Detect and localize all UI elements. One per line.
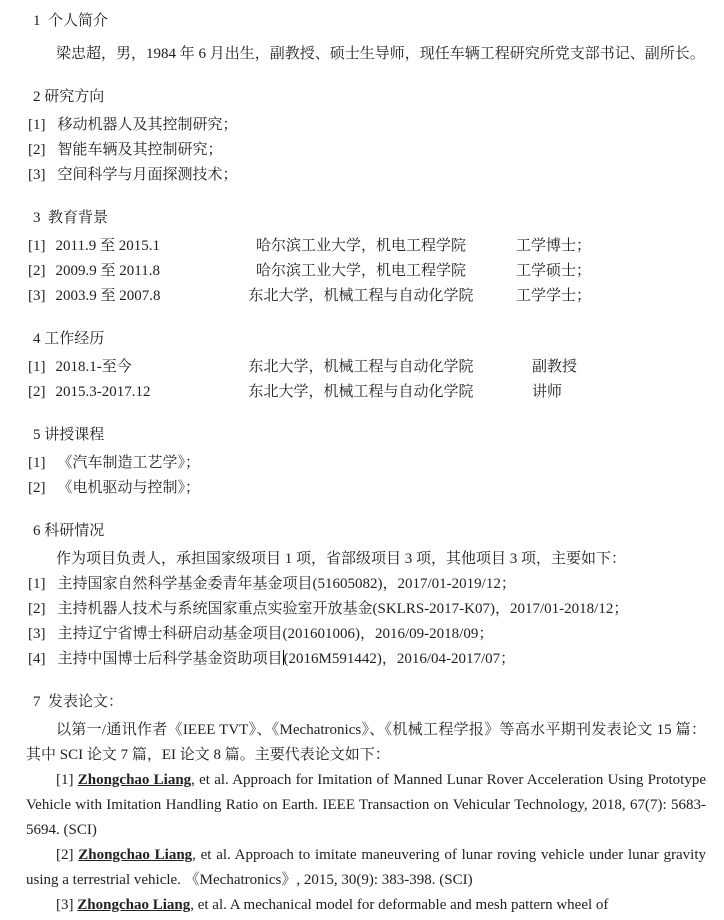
education-institution: 哈尔滨工业大学，机电工程学院 bbox=[206, 259, 516, 284]
project-item: [2] 主持机器人技术与系统国家重点实验室开放基金(SKLRS-2017-K07… bbox=[26, 597, 706, 622]
item-text: 主持机器人技术与系统国家重点实验室开放基金(SKLRS-2017-K07)，20… bbox=[58, 597, 629, 622]
paper-author: Zhongchao Liang bbox=[77, 897, 190, 913]
paper-number: [1] bbox=[56, 772, 78, 788]
education-degree: 工学博士； bbox=[516, 234, 706, 259]
education-row: [1] 2011.9 至 2015.1 哈尔滨工业大学，机电工程学院 工学博士； bbox=[26, 234, 706, 259]
item-text-after-cursor: (2016M591442)，2016/04-2017/07； bbox=[284, 651, 516, 667]
section-research-projects: 6 科研情况 作为项目负责人，承担国家级项目 1 项，省部级项目 3 项，其他项… bbox=[26, 519, 706, 672]
section-papers-heading: 7 发表论文： bbox=[26, 690, 706, 715]
section-education-heading: 3 教育背景 bbox=[26, 206, 706, 231]
item-number: [2] bbox=[28, 138, 46, 163]
education-period: [1] 2011.9 至 2015.1 bbox=[28, 234, 206, 259]
work-period: [2] 2015.3-2017.12 bbox=[28, 380, 206, 405]
project-item: [1] 主持国家自然科学基金委青年基金项目(51605082)，2017/01-… bbox=[26, 572, 706, 597]
paper-author: Zhongchao Liang bbox=[78, 772, 191, 788]
education-degree: 工学学士； bbox=[516, 284, 706, 309]
research-direction-item: [3] 空间科学与月面探测技术； bbox=[26, 163, 706, 188]
paper-author: Zhongchao Liang bbox=[78, 847, 192, 863]
section-profile-heading: 1 个人简介 bbox=[26, 9, 706, 34]
paper-entry: [3] Zhongchao Liang, et al. A mechanical… bbox=[26, 893, 706, 918]
paper-entry: [2] Zhongchao Liang, et al. Approach to … bbox=[26, 843, 706, 893]
paper-number: [2] bbox=[56, 847, 78, 863]
research-direction-item: [2] 智能车辆及其控制研究； bbox=[26, 138, 706, 163]
period-text: 2003.9 至 2007.8 bbox=[56, 284, 161, 309]
research-projects-intro: 作为项目负责人，承担国家级项目 1 项，省部级项目 3 项，其他项目 3 项，主… bbox=[26, 547, 706, 572]
section-education: 3 教育背景 [1] 2011.9 至 2015.1 哈尔滨工业大学，机电工程学… bbox=[26, 206, 706, 309]
education-period: [3] 2003.9 至 2007.8 bbox=[28, 284, 206, 309]
item-number: [2] bbox=[28, 597, 46, 622]
section-research-directions-heading: 2 研究方向 bbox=[26, 85, 706, 110]
item-text: 主持辽宁省博士科研启动基金项目(201601006)，2016/09-2018/… bbox=[58, 622, 494, 647]
item-number: [3] bbox=[28, 163, 46, 188]
paper-number: [3] bbox=[56, 897, 77, 913]
section-work: 4 工作经历 [1] 2018.1-至今 东北大学，机械工程与自动化学院 副教授… bbox=[26, 327, 706, 405]
education-institution: 东北大学，机械工程与自动化学院 bbox=[206, 284, 516, 309]
item-text: 《电机驱动与控制》； bbox=[58, 476, 201, 501]
item-number: [1] bbox=[28, 355, 46, 380]
papers-intro: 以第一/通讯作者《IEEE TVT》、《Mechatronics》、《机械工程学… bbox=[26, 718, 706, 768]
education-institution: 哈尔滨工业大学，机电工程学院 bbox=[206, 234, 516, 259]
education-degree: 工学硕士； bbox=[516, 259, 706, 284]
education-period: [2] 2009.9 至 2011.8 bbox=[28, 259, 206, 284]
item-text-before-cursor: 主持中国博士后科学基金资助项目 bbox=[58, 651, 283, 667]
section-work-heading: 4 工作经历 bbox=[26, 327, 706, 352]
item-text: 主持国家自然科学基金委青年基金项目(51605082)，2017/01-2019… bbox=[58, 572, 516, 597]
document: 1 个人简介 梁忠超，男，1984 年 6 月出生，副教授、硕士生导师，现任车辆… bbox=[0, 0, 724, 918]
item-text: 主持中国博士后科学基金资助项目(2016M591442)，2016/04-201… bbox=[58, 647, 516, 672]
period-text: 2018.1-至今 bbox=[56, 355, 132, 380]
item-number: [3] bbox=[28, 622, 46, 647]
section-research-projects-heading: 6 科研情况 bbox=[26, 519, 706, 544]
item-number: [3] bbox=[28, 284, 46, 309]
course-item: [2] 《电机驱动与控制》； bbox=[26, 476, 706, 501]
item-text: 《汽车制造工艺学》； bbox=[58, 451, 201, 476]
work-institution: 东北大学，机械工程与自动化学院 bbox=[206, 355, 516, 380]
item-text: 智能车辆及其控制研究； bbox=[58, 138, 223, 163]
item-text: 空间科学与月面探测技术； bbox=[58, 163, 238, 188]
item-number: [1] bbox=[28, 113, 46, 138]
paper-entry: [1] Zhongchao Liang, et al. Approach for… bbox=[26, 768, 706, 843]
section-research-directions: 2 研究方向 [1] 移动机器人及其控制研究； [2] 智能车辆及其控制研究； … bbox=[26, 85, 706, 188]
work-title: 讲师 bbox=[516, 380, 706, 405]
item-number: [1] bbox=[28, 451, 46, 476]
section-profile: 1 个人简介 梁忠超，男，1984 年 6 月出生，副教授、硕士生导师，现任车辆… bbox=[26, 9, 706, 67]
paper-citation: , et al. A mechanical model for deformab… bbox=[190, 897, 608, 913]
item-number: [1] bbox=[28, 234, 46, 259]
project-item: [3] 主持辽宁省博士科研启动基金项目(201601006)，2016/09-2… bbox=[26, 622, 706, 647]
item-number: [4] bbox=[28, 647, 46, 672]
period-text: 2011.9 至 2015.1 bbox=[56, 234, 160, 259]
item-number: [1] bbox=[28, 572, 46, 597]
section-courses-heading: 5 讲授课程 bbox=[26, 423, 706, 448]
work-institution: 东北大学，机械工程与自动化学院 bbox=[206, 380, 516, 405]
section-papers: 7 发表论文： 以第一/通讯作者《IEEE TVT》、《Mechatronics… bbox=[26, 690, 706, 918]
work-row: [1] 2018.1-至今 东北大学，机械工程与自动化学院 副教授 bbox=[26, 355, 706, 380]
item-text: 移动机器人及其控制研究； bbox=[58, 113, 238, 138]
item-number: [2] bbox=[28, 380, 46, 405]
work-title: 副教授 bbox=[516, 355, 706, 380]
education-row: [2] 2009.9 至 2011.8 哈尔滨工业大学，机电工程学院 工学硕士； bbox=[26, 259, 706, 284]
research-direction-item: [1] 移动机器人及其控制研究； bbox=[26, 113, 706, 138]
work-period: [1] 2018.1-至今 bbox=[28, 355, 206, 380]
project-item: [4] 主持中国博士后科学基金资助项目(2016M591442)，2016/04… bbox=[26, 647, 706, 672]
section-courses: 5 讲授课程 [1] 《汽车制造工艺学》； [2] 《电机驱动与控制》； bbox=[26, 423, 706, 501]
period-text: 2015.3-2017.12 bbox=[56, 380, 151, 405]
period-text: 2009.9 至 2011.8 bbox=[56, 259, 160, 284]
item-number: [2] bbox=[28, 476, 46, 501]
work-row: [2] 2015.3-2017.12 东北大学，机械工程与自动化学院 讲师 bbox=[26, 380, 706, 405]
education-row: [3] 2003.9 至 2007.8 东北大学，机械工程与自动化学院 工学学士… bbox=[26, 284, 706, 309]
profile-text: 梁忠超，男，1984 年 6 月出生，副教授、硕士生导师，现任车辆工程研究所党支… bbox=[26, 42, 706, 67]
course-item: [1] 《汽车制造工艺学》； bbox=[26, 451, 706, 476]
item-number: [2] bbox=[28, 259, 46, 284]
